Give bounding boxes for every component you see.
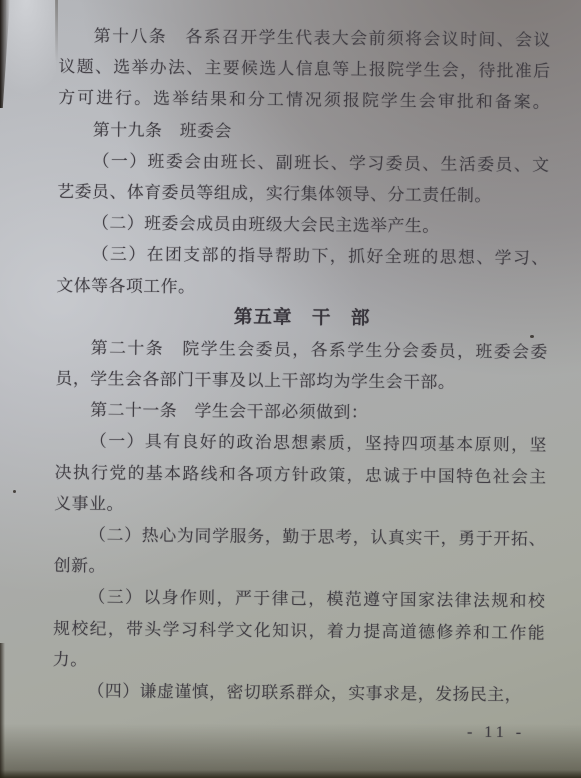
text-line: 规校纪，带头学习科学文化知识，着力提高道德修养和工作能 <box>53 613 545 649</box>
text-line: （二）班委会成员由班级大会民主选举产生。 <box>57 207 549 243</box>
paper-edge-shadow-bottom <box>0 770 581 778</box>
document-photo: 第十八条 各系召开学生代表大会前须将会议时间、会议议题、选举办法、主要候选人信息… <box>0 0 581 778</box>
paper-speck <box>13 490 16 493</box>
paper-crease <box>55 0 58 62</box>
text-line: （三）以身作则，严于律己，模范遵守国家法律法规和校 <box>53 581 545 617</box>
paper-edge-highlight <box>6 0 56 95</box>
text-line: （四）谦虚谨慎，密切联系群众，实事求是，发扬民主， <box>52 675 544 711</box>
page-number: - 11 - <box>467 724 525 742</box>
text-line: 艺委员、体育委员等组成，实行集体领导、分工责任制。 <box>57 176 549 212</box>
text-line: 方可进行。选举结果和分工情况须报院学生会审批和备案。 <box>58 82 550 118</box>
text-line: 第二十条 院学生会委员，各系学生分会委员，班委会委 <box>56 332 548 368</box>
text-line: （一）班委会由班长、副班长、学习委员、生活委员、文 <box>58 145 550 181</box>
text-line: 义事业。 <box>54 488 546 524</box>
paper-edge-shadow-bottom-left <box>0 643 5 778</box>
text-line: （一）具有良好的政治思想素质，坚持四项基本原则，坚 <box>55 425 547 461</box>
text-line: （二）热心为同学服务，勤于思考，认真实干，勇于开拓、 <box>54 519 546 555</box>
text-line: 员，学生会各部门干事及以上干部均为学生会干部。 <box>55 363 547 399</box>
chapter-heading: 第五章 干 部 <box>56 301 548 337</box>
text-line: 议题、选举办法、主要候选人信息等上报院学生会，待批准后 <box>58 51 550 87</box>
text-line: 第十九条 班委会 <box>58 114 550 150</box>
page-text: 第十八条 各系召开学生代表大会前须将会议时间、会议议题、选举办法、主要候选人信息… <box>52 20 551 711</box>
text-line: 第二十一条 学生会干部必须做到： <box>55 394 547 430</box>
text-line: 创新。 <box>54 550 546 586</box>
text-line: 第十八条 各系召开学生代表大会前须将会议时间、会议 <box>59 20 551 56</box>
text-line: 决执行党的基本路线和各项方针政策，忠诚于中国特色社会主 <box>55 457 547 493</box>
text-line: 力。 <box>53 644 545 680</box>
text-line: 文体等各项工作。 <box>56 269 548 305</box>
text-line: （三）在团支部的指导帮助下，抓好全班的思想、学习、 <box>57 238 549 274</box>
